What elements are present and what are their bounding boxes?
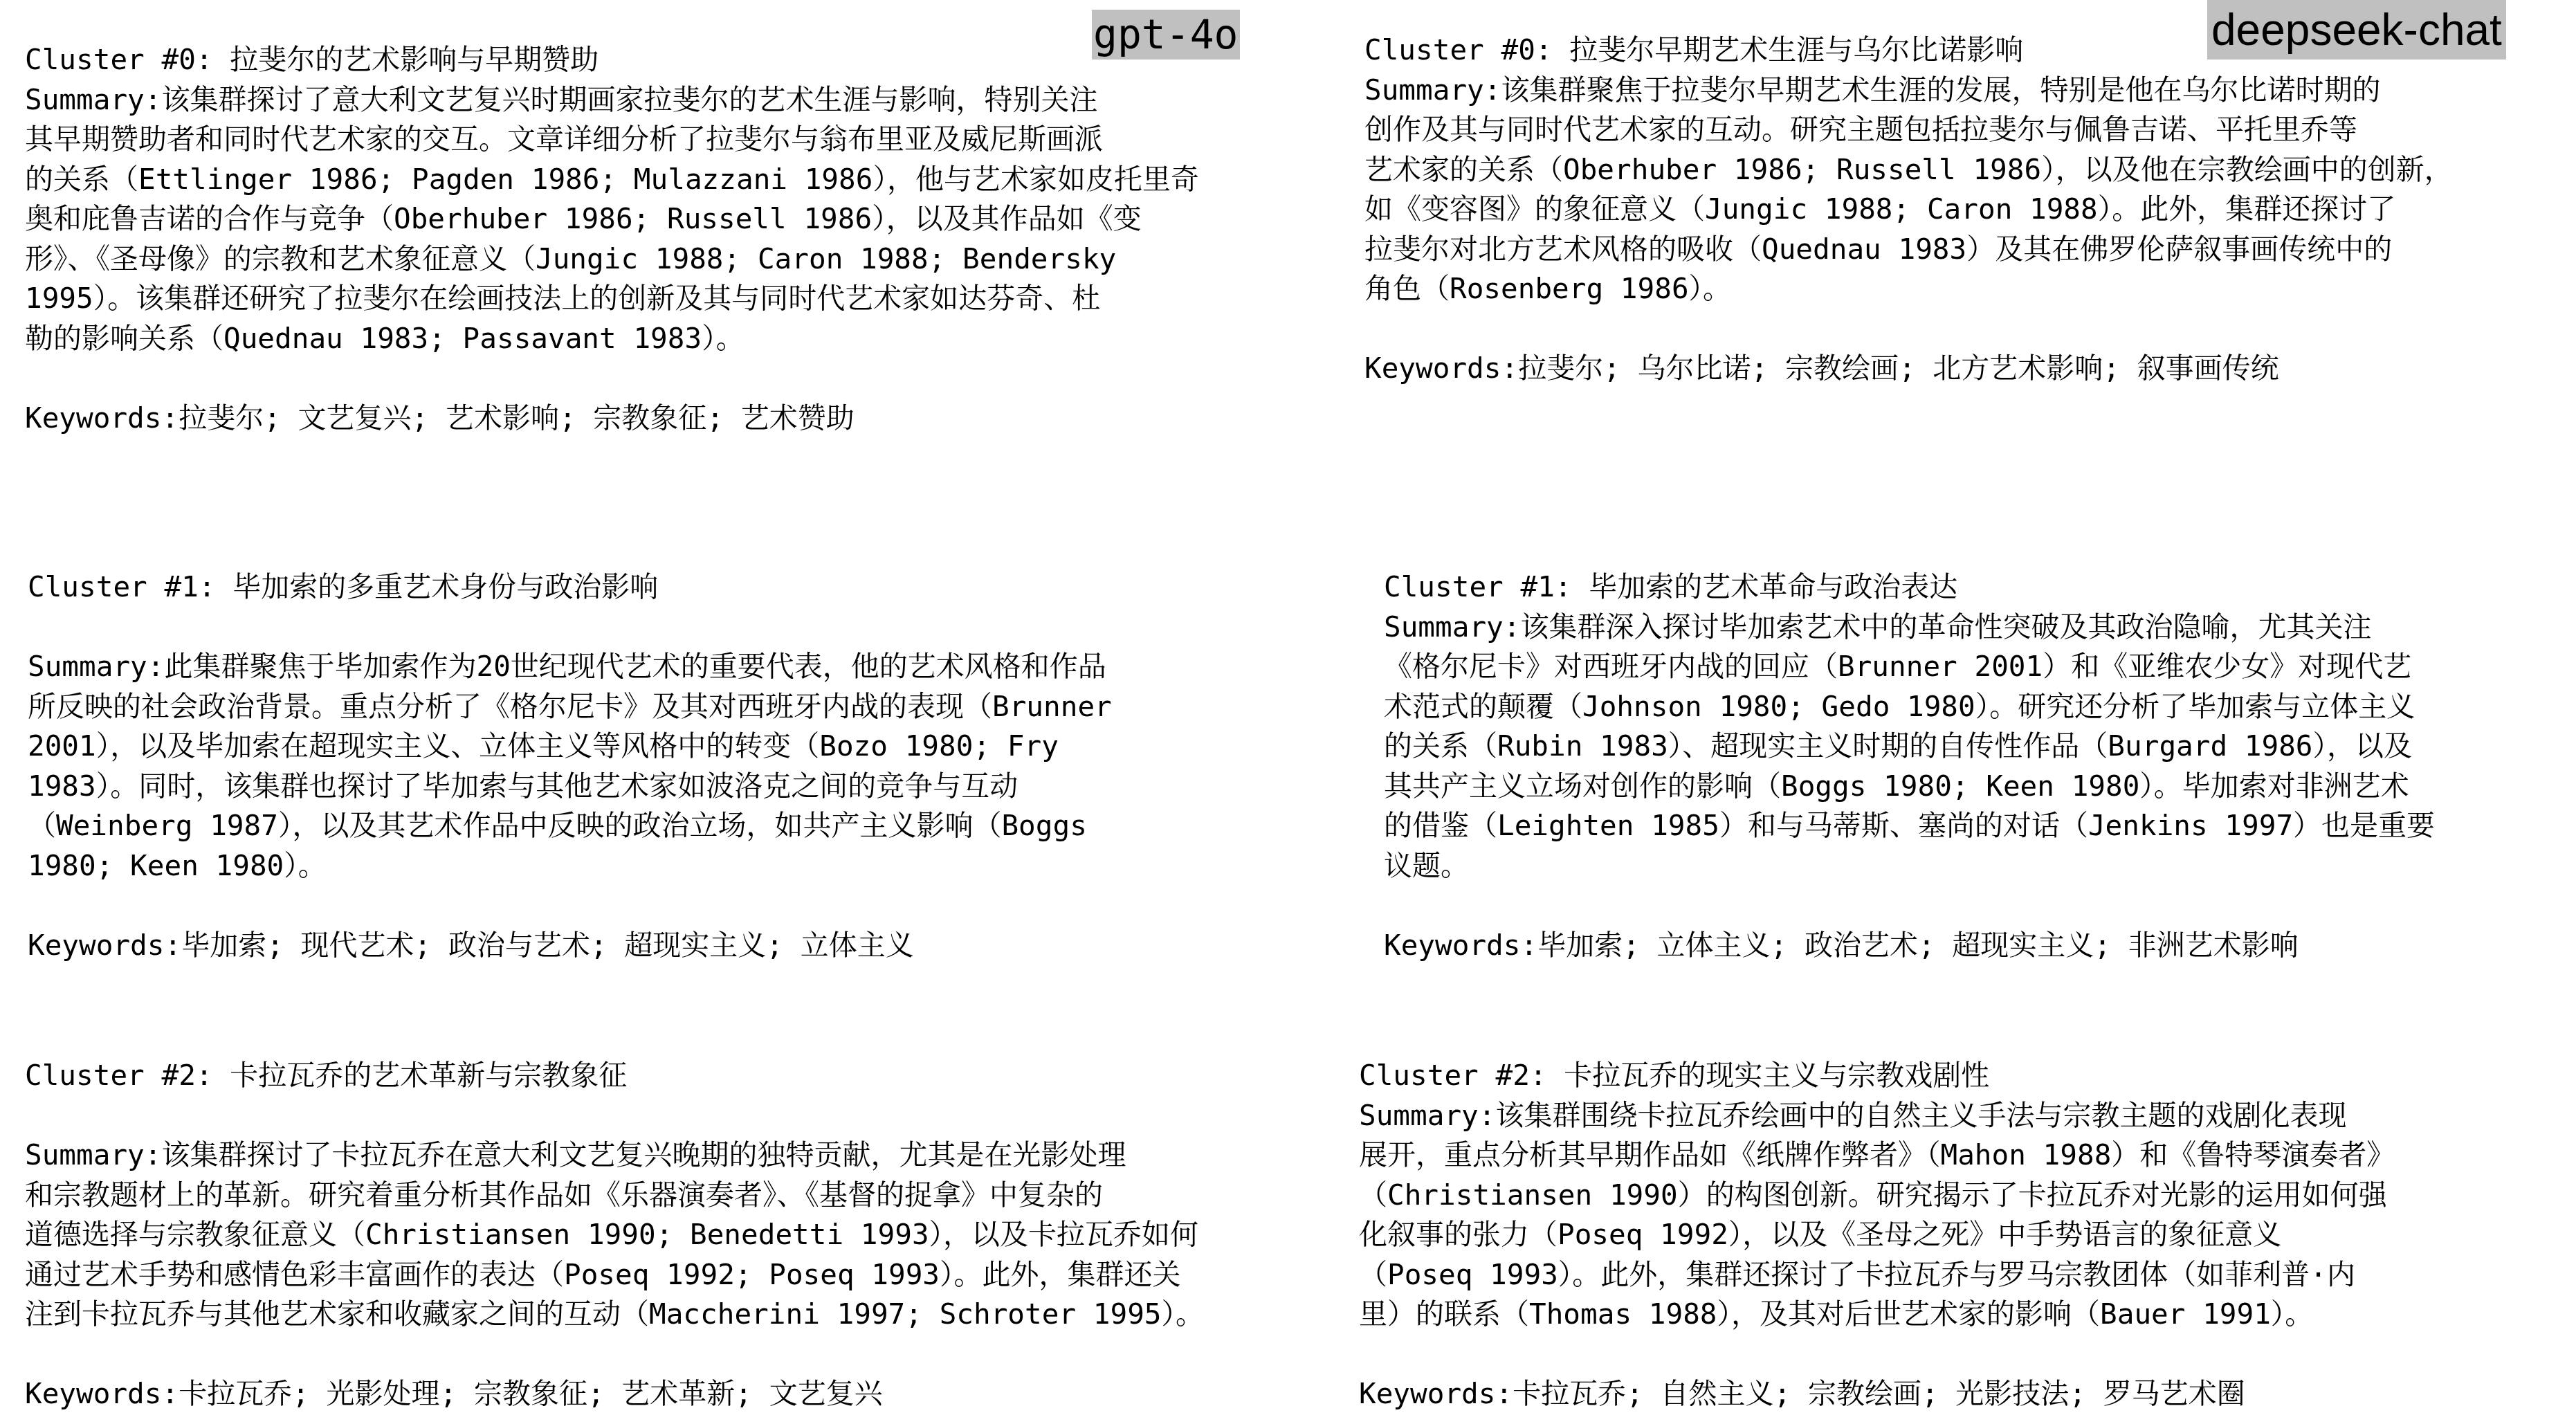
cluster-title: Cluster #0: 拉斐尔早期艺术生涯与乌尔比诺影响 (1364, 30, 2453, 71)
cluster-card: Cluster #2: 卡拉瓦乔的艺术革新与宗教象征 Summary:该集群探讨… (25, 1056, 1204, 1414)
summary-line: 形》、《圣母像》的宗教和艺术象征意义（Jungic 1988; Caron 19… (25, 239, 1199, 280)
spacer (1359, 1335, 2395, 1375)
summary-line: 1983）。同时，该集群也探讨了毕加索与其他艺术家如波洛克之间的竞争与互动 (28, 767, 1112, 807)
spacer (1384, 886, 2435, 926)
spacer (1364, 309, 2453, 349)
keywords-label: Keywords: (25, 401, 179, 435)
summary-line: 1995）。该集群还研究了拉斐尔在绘画技法上的创新及其与同时代艺术家如达芬奇、杜 (25, 279, 1199, 319)
keywords-text: 毕加索; 现代艺术; 政治与艺术; 超现实主义; 立体主义 (181, 929, 913, 962)
summary-line: 角色（Rosenberg 1986）。 (1364, 269, 2453, 309)
summary-line: 和宗教题材上的革新。研究着重分析其作品如《乐器演奏者》、《基督的捉拿》中复杂的 (25, 1176, 1204, 1216)
summary-label: Summary: (1384, 610, 1520, 643)
summary-line: （Weinberg 1987），以及其艺术作品中反映的政治立场，如共产主义影响（… (28, 806, 1112, 846)
summary-label: Summary: (25, 83, 161, 116)
summary-line: 里）的联系（Thomas 1988），及其对后世艺术家的影响（Bauer 199… (1359, 1295, 2395, 1335)
cluster-title: Cluster #2: 卡拉瓦乔的现实主义与宗教戏剧性 (1359, 1056, 2395, 1096)
spacer (25, 1096, 1204, 1136)
keywords-label: Keywords: (25, 1377, 179, 1410)
cluster-card: Cluster #1: 毕加索的艺术革命与政治表达 Summary:该集群深入探… (1384, 567, 2435, 965)
summary-line: 其共产主义立场对创作的影响（Boggs 1980; Keen 1980）。毕加索… (1384, 767, 2435, 807)
summary-line: Summary:此集群聚焦于毕加索作为20世纪现代艺术的重要代表，他的艺术风格和… (28, 647, 1112, 687)
cluster-card: Cluster #1: 毕加索的多重艺术身份与政治影响 Summary:此集群聚… (28, 567, 1112, 965)
cluster-title: Cluster #1: 毕加索的艺术革命与政治表达 (1384, 567, 2435, 608)
summary-line: 化叙事的张力（Poseq 1992），以及《圣母之死》中手势语言的象征意义 (1359, 1215, 2395, 1255)
summary-line: 《格尔尼卡》对西班牙内战的回应（Brunner 2001）和《亚维农少女》对现代… (1384, 647, 2435, 687)
summary-label: Summary: (1364, 73, 1501, 107)
keywords-line: Keywords:毕加索; 现代艺术; 政治与艺术; 超现实主义; 立体主义 (28, 926, 1112, 966)
summary-text: 该集群聚焦于拉斐尔早期艺术生涯的发展，特别是他在乌尔比诺时期的 (1501, 73, 2380, 107)
keywords-label: Keywords: (1359, 1377, 1513, 1410)
summary-line: 拉斐尔对北方艺术风格的吸收（Quednau 1983）及其在佛罗伦萨叙事画传统中… (1364, 230, 2453, 270)
summary-line: 的关系（Ettlinger 1986; Pagden 1986; Mulazza… (25, 160, 1199, 200)
cluster-card: Cluster #0: 拉斐尔早期艺术生涯与乌尔比诺影响 Summary:该集群… (1364, 30, 2453, 389)
summary-line: 术范式的颠覆（Johnson 1980; Gedo 1980）。研究还分析了毕加… (1384, 687, 2435, 727)
summary-text: 该集群深入探讨毕加索艺术中的革命性突破及其政治隐喻，尤其关注 (1520, 610, 2371, 643)
summary-label: Summary: (28, 650, 164, 683)
summary-line: 1980; Keen 1980）。 (28, 846, 1112, 886)
summary-text: 该集群围绕卡拉瓦乔绘画中的自然主义手法与宗教主题的戏剧化表现 (1495, 1099, 2346, 1132)
cluster-title: Cluster #1: 毕加索的多重艺术身份与政治影响 (28, 567, 1112, 608)
summary-line: 奥和庇鲁吉诺的合作与竞争（Oberhuber 1986; Russell 198… (25, 199, 1199, 239)
summary-line: Summary:该集群探讨了意大利文艺复兴时期画家拉斐尔的艺术生涯与影响，特别关… (25, 80, 1199, 120)
spacer (28, 886, 1112, 926)
summary-line: 勒的影响关系（Quednau 1983; Passavant 1983）。 (25, 319, 1199, 359)
spacer (25, 1335, 1204, 1375)
summary-line: 注到卡拉瓦乔与其他艺术家和收藏家之间的互动（Maccherini 1997; S… (25, 1295, 1204, 1335)
summary-line: 的关系（Rubin 1983）、超现实主义时期的自传性作品（Burgard 19… (1384, 727, 2435, 767)
keywords-text: 拉斐尔; 乌尔比诺; 宗教绘画; 北方艺术影响; 叙事画传统 (1518, 352, 2278, 385)
summary-label: Summary: (1359, 1099, 1495, 1132)
keywords-line: Keywords:拉斐尔; 乌尔比诺; 宗教绘画; 北方艺术影响; 叙事画传统 (1364, 349, 2453, 389)
summary-line: （Christiansen 1990）的构图创新。研究揭示了卡拉瓦乔对光影的运用… (1359, 1176, 2395, 1216)
spacer (25, 358, 1199, 399)
spacer (28, 608, 1112, 648)
summary-line: 创作及其与同时代艺术家的互动。研究主题包括拉斐尔与佩鲁吉诺、平托里乔等 (1364, 110, 2453, 150)
summary-line: 议题。 (1384, 846, 2435, 886)
summary-line: 如《变容图》的象征意义（Jungic 1988; Caron 1988）。此外，… (1364, 190, 2453, 230)
cluster-card: Cluster #2: 卡拉瓦乔的现实主义与宗教戏剧性 Summary:该集群围… (1359, 1056, 2395, 1414)
summary-line: （Poseq 1993）。此外，集群还探讨了卡拉瓦乔与罗马宗教团体（如菲利普·内 (1359, 1255, 2395, 1295)
keywords-line: Keywords:毕加索; 立体主义; 政治艺术; 超现实主义; 非洲艺术影响 (1384, 926, 2435, 966)
keywords-text: 卡拉瓦乔; 光影处理; 宗教象征; 艺术革新; 文艺复兴 (179, 1377, 882, 1410)
summary-line: Summary:该集群聚焦于拉斐尔早期艺术生涯的发展，特别是他在乌尔比诺时期的 (1364, 71, 2453, 111)
summary-line: 道德选择与宗教象征意义（Christiansen 1990; Benedetti… (25, 1215, 1204, 1255)
keywords-label: Keywords: (1364, 352, 1518, 385)
summary-line: Summary:该集群探讨了卡拉瓦乔在意大利文艺复兴晚期的独特贡献，尤其是在光影… (25, 1135, 1204, 1176)
keywords-text: 毕加索; 立体主义; 政治艺术; 超现实主义; 非洲艺术影响 (1537, 929, 2298, 962)
summary-line: Summary:该集群深入探讨毕加索艺术中的革命性突破及其政治隐喻，尤其关注 (1384, 608, 2435, 648)
summary-text: 该集群探讨了意大利文艺复兴时期画家拉斐尔的艺术生涯与影响，特别关注 (161, 83, 1097, 116)
summary-text: 此集群聚焦于毕加索作为20世纪现代艺术的重要代表，他的艺术风格和作品 (164, 650, 1106, 683)
summary-label: Summary: (25, 1138, 161, 1171)
summary-line: 所反映的社会政治背景。重点分析了《格尔尼卡》及其对西班牙内战的表现（Brunne… (28, 687, 1112, 727)
summary-line: 展开，重点分析其早期作品如《纸牌作弊者》（Mahon 1988）和《鲁特琴演奏者… (1359, 1135, 2395, 1176)
summary-line: 艺术家的关系（Oberhuber 1986; Russell 1986），以及他… (1364, 150, 2453, 190)
summary-line: 2001），以及毕加索在超现实主义、立体主义等风格中的转变（Bozo 1980;… (28, 727, 1112, 767)
summary-line: 的借鉴（Leighten 1985）和与马蒂斯、塞尚的对话（Jenkins 19… (1384, 806, 2435, 846)
summary-line: Summary:该集群围绕卡拉瓦乔绘画中的自然主义手法与宗教主题的戏剧化表现 (1359, 1096, 2395, 1136)
keywords-line: Keywords:拉斐尔; 文艺复兴; 艺术影响; 宗教象征; 艺术赞助 (25, 399, 1199, 439)
cluster-title: Cluster #2: 卡拉瓦乔的艺术革新与宗教象征 (25, 1056, 1204, 1096)
summary-line: 通过艺术手势和感情色彩丰富画作的表达（Poseq 1992; Poseq 199… (25, 1255, 1204, 1295)
keywords-text: 卡拉瓦乔; 自然主义; 宗教绘画; 光影技法; 罗马艺术圈 (1513, 1377, 2245, 1410)
keywords-label: Keywords: (1384, 929, 1537, 962)
summary-text: 该集群探讨了卡拉瓦乔在意大利文艺复兴晚期的独特贡献，尤其是在光影处理 (161, 1138, 1126, 1171)
keywords-line: Keywords:卡拉瓦乔; 光影处理; 宗教象征; 艺术革新; 文艺复兴 (25, 1374, 1204, 1414)
cluster-card: Cluster #0: 拉斐尔的艺术影响与早期赞助 Summary:该集群探讨了… (25, 40, 1199, 438)
summary-line: 其早期赞助者和同时代艺术家的交互。文章详细分析了拉斐尔与翁布里亚及威尼斯画派 (25, 120, 1199, 160)
keywords-text: 拉斐尔; 文艺复兴; 艺术影响; 宗教象征; 艺术赞助 (179, 401, 854, 435)
keywords-label: Keywords: (28, 929, 181, 962)
cluster-title: Cluster #0: 拉斐尔的艺术影响与早期赞助 (25, 40, 1199, 80)
keywords-line: Keywords:卡拉瓦乔; 自然主义; 宗教绘画; 光影技法; 罗马艺术圈 (1359, 1374, 2395, 1414)
